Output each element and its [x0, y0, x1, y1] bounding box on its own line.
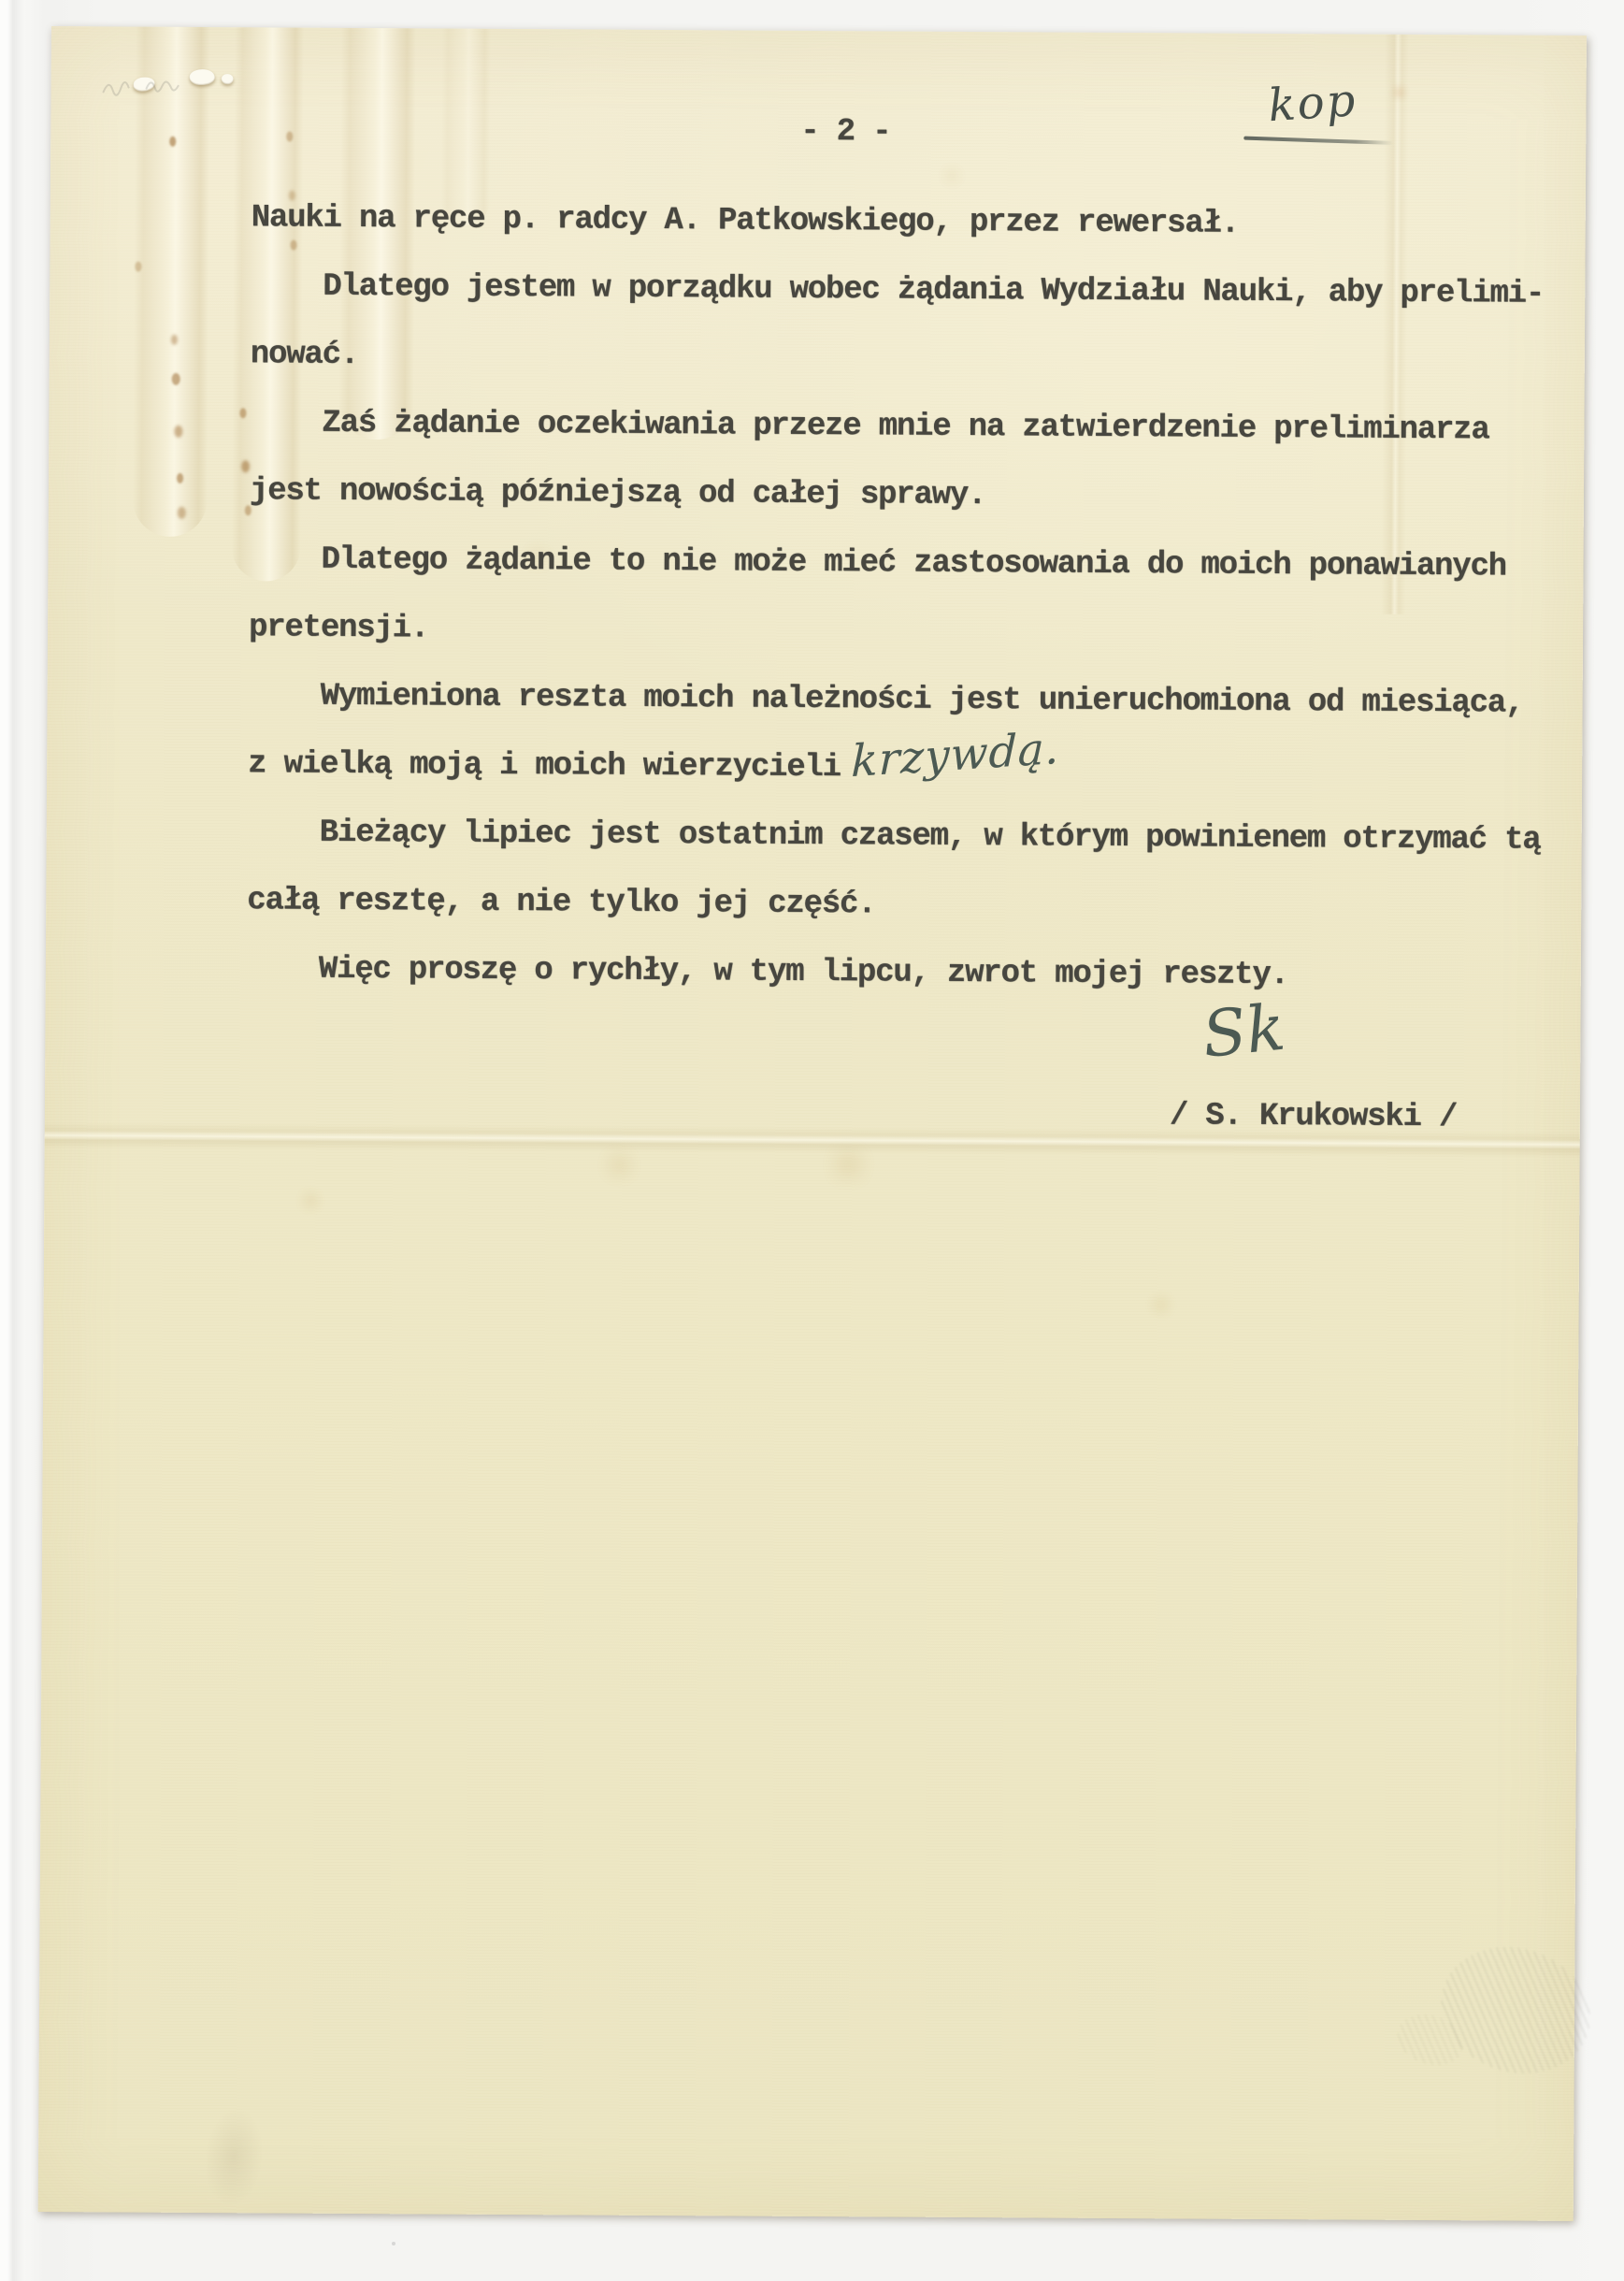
typed-line: jest nowością późniejszą od całej sprawy…	[250, 470, 1577, 547]
torn-paper-nick	[222, 74, 234, 84]
typed-line: Bieżący lipiec jest ostatnim czasem, w k…	[247, 812, 1574, 888]
typed-line: nować.	[251, 334, 1578, 411]
yellow-stains	[51, 26, 55, 30]
scanned-document-background: - 2 - kop Nauki na ręce p. radcy A. Patk…	[0, 0, 1624, 2281]
handwritten-signature-initials: Sk	[1200, 991, 1288, 1073]
typed-line: Więc proszę o rychły, w tym lipcu, zwrot…	[247, 948, 1574, 1025]
typed-signature: / S. Krukowski /	[1170, 1095, 1458, 1138]
dust-specks	[0, 0, 2, 2]
pencil-smudge	[1424, 1927, 1606, 2092]
typed-text-block: Nauki na ręce p. radcy A. Patkowskiego, …	[247, 197, 1579, 1025]
faint-pencil-scrawl	[97, 67, 209, 106]
page-number: - 2 -	[787, 111, 903, 153]
typed-line: całą resztę, a nie tylko jej część.	[247, 880, 1574, 957]
vertical-crease	[441, 29, 491, 225]
annotation-underline	[1243, 137, 1393, 145]
typed-line: Zaś żądanie oczekiwania przeze mnie na z…	[250, 402, 1577, 479]
typed-line: Dlatego jestem w porządku wobec żądania …	[251, 266, 1578, 342]
handwritten-annotation-kop: kop	[1267, 74, 1358, 132]
paper-sheet: - 2 - kop Nauki na ręce p. radcy A. Patk…	[38, 26, 1587, 2221]
typed-line: Nauki na ręce p. radcy A. Patkowskiego, …	[251, 197, 1578, 274]
typed-line: pretensji.	[249, 607, 1576, 684]
faint-streak	[200, 2105, 267, 2209]
typed-line: Dlatego żądanie to nie może mieć zastoso…	[249, 539, 1576, 615]
